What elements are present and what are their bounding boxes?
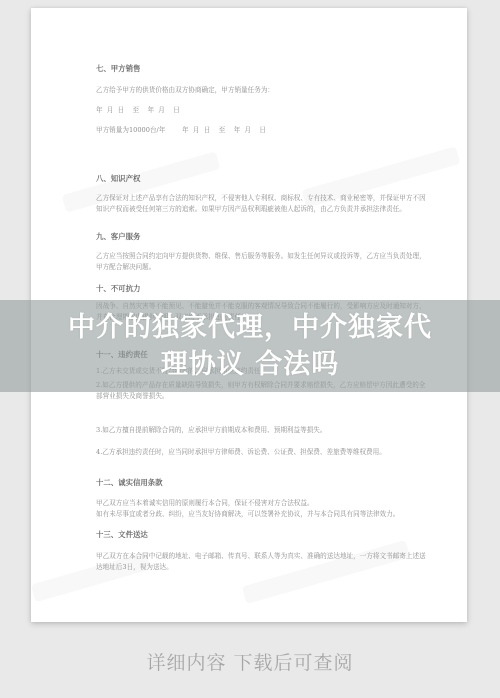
- section-heading: 十、不可抗力: [96, 284, 140, 295]
- section-heading: 九、客户服务: [96, 232, 140, 243]
- section-heading: 十二、诚实信用条款: [96, 478, 163, 489]
- download-to-view-note: 详细内容 下载后可查阅: [0, 648, 500, 675]
- section-paragraph: 乙方保证对上述产品享有合法的知识产权，不侵害他人专利权、商标权、专有技术、商业秘…: [96, 193, 426, 214]
- section-item: 3.如乙方擅自提前解除合同的，应承担甲方前期成本和费用、预期利益等损失。: [96, 425, 426, 436]
- section-paragraph: 乙方应当按照合同约定向甲方提供货物、维保、售后服务等服务。如发生任何异议或投诉等…: [96, 251, 426, 272]
- watermark: [242, 540, 410, 604]
- section-line: 甲方销量为10000台/年 年 月 日 至 年 月 日: [96, 125, 266, 136]
- section-item: 4.乙方承担违约责任时，应当同时承担甲方律师费、诉讼费、公证费、担保费、差旅费等…: [96, 447, 426, 458]
- section-heading: 七、甲方销售: [96, 64, 140, 75]
- article-title-line-1: 中介的独家代理，中介独家代: [50, 309, 450, 346]
- section-line: 年 月 日 至 年 月 日: [96, 105, 180, 116]
- section-line: 乙方给予甲方的供货价格由双方协商确定，甲方销量任务为：: [96, 85, 274, 96]
- title-overlay-band: 中介的独家代理，中介独家代 理协议 合法吗: [0, 300, 500, 392]
- section-heading: 八、知识产权: [96, 174, 140, 185]
- section-paragraph: 甲乙双方应当本着诚实信用的原则履行本合同，保证不侵害对方合法权益。 如有未尽事宜…: [96, 498, 426, 519]
- article-title-line-2: 理协议 合法吗: [50, 346, 450, 383]
- section-heading: 十三、文件送达: [96, 530, 148, 541]
- section-paragraph: 甲乙双方在本合同中记载的地址、电子邮箱、传真号、联系人等为真实、准确的送达地址，…: [96, 551, 426, 572]
